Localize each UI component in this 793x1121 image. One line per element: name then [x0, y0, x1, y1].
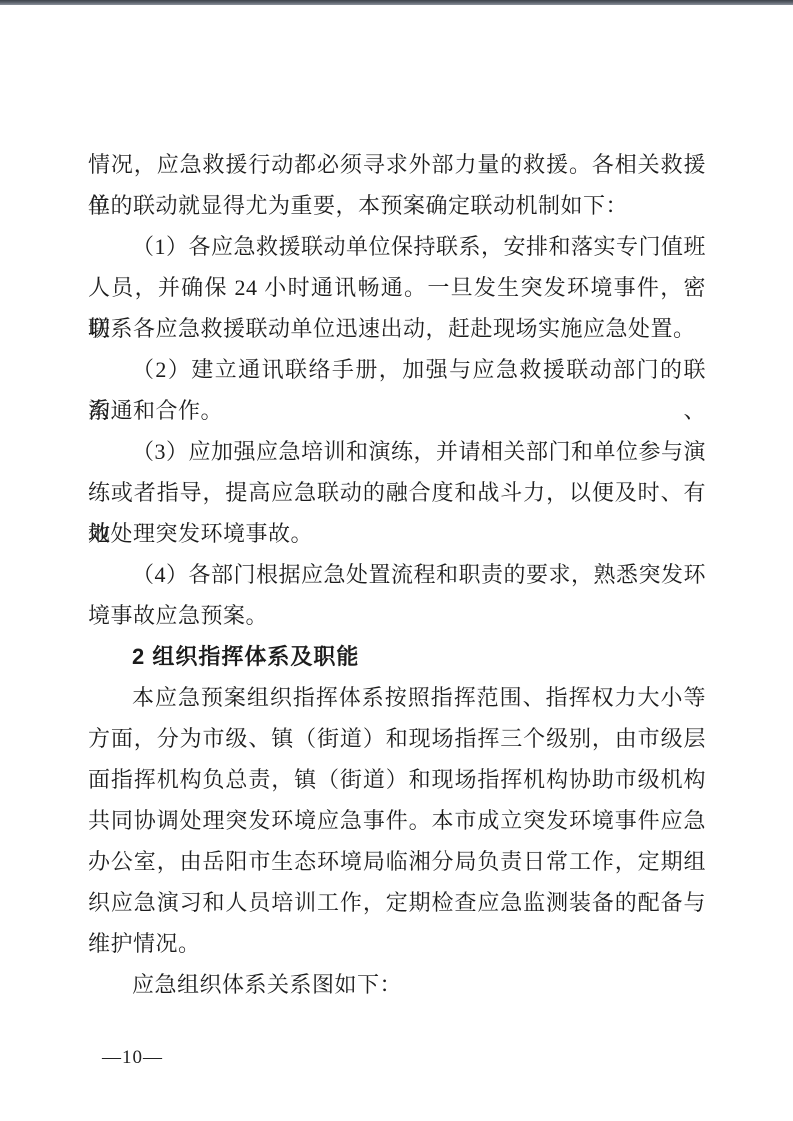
- text-line: 位的联动就显得尤为重要，本预案确定联动机制如下：: [88, 185, 706, 226]
- text-line: 地处理突发环境事故。: [88, 513, 706, 554]
- text-line: （2）建立通讯联络手册，加强与应急救援联动部门的联系、: [88, 349, 706, 390]
- text-line: 联系各应急救援联动单位迅速出动，赶赴现场实施应急处置。: [88, 308, 706, 349]
- text-line: （3）应加强应急培训和演练，并请相关部门和单位参与演: [88, 431, 706, 472]
- text-line: 本应急预案组织指挥体系按照指挥范围、指挥权力大小等: [88, 677, 706, 718]
- text-line: 办公室，由岳阳市生态环境局临湘分局负责日常工作，定期组: [88, 841, 706, 882]
- text-line: 共同协调处理突发环境应急事件。本市成立突发环境事件应急: [88, 800, 706, 841]
- document-body: 情况，应急救援行动都必须寻求外部力量的救援。各相关救援单位的联动就显得尤为重要，…: [88, 144, 706, 1005]
- text-line: 维护情况。: [88, 923, 706, 964]
- text-line: 境事故应急预案。: [88, 595, 706, 636]
- page-number: —10—: [102, 1046, 163, 1070]
- text-line: 练或者指导，提高应急联动的融合度和战斗力，以便及时、有效: [88, 472, 706, 513]
- text-line: 织应急演习和人员培训工作，定期检查应急监测装备的配备与: [88, 882, 706, 923]
- section-heading: 2 组织指挥体系及职能: [88, 636, 706, 677]
- text-line: 人员，并确保 24 小时通讯畅通。一旦发生突发环境事件，密切: [88, 267, 706, 308]
- text-line: （1）各应急救援联动单位保持联系，安排和落实专门值班: [88, 226, 706, 267]
- text-line: 情况，应急救援行动都必须寻求外部力量的救援。各相关救援单: [88, 144, 706, 185]
- text-line: （4）各部门根据应急处置流程和职责的要求，熟悉突发环: [88, 554, 706, 595]
- scanned-document-page: 情况，应急救援行动都必须寻求外部力量的救援。各相关救援单位的联动就显得尤为重要，…: [0, 0, 793, 1121]
- scan-artifact-band: [0, 0, 793, 5]
- text-line: 应急组织体系关系图如下：: [88, 964, 706, 1005]
- text-line: 方面，分为市级、镇（街道）和现场指挥三个级别，由市级层: [88, 718, 706, 759]
- text-line: 面指挥机构负总责，镇（街道）和现场指挥机构协助市级机构: [88, 759, 706, 800]
